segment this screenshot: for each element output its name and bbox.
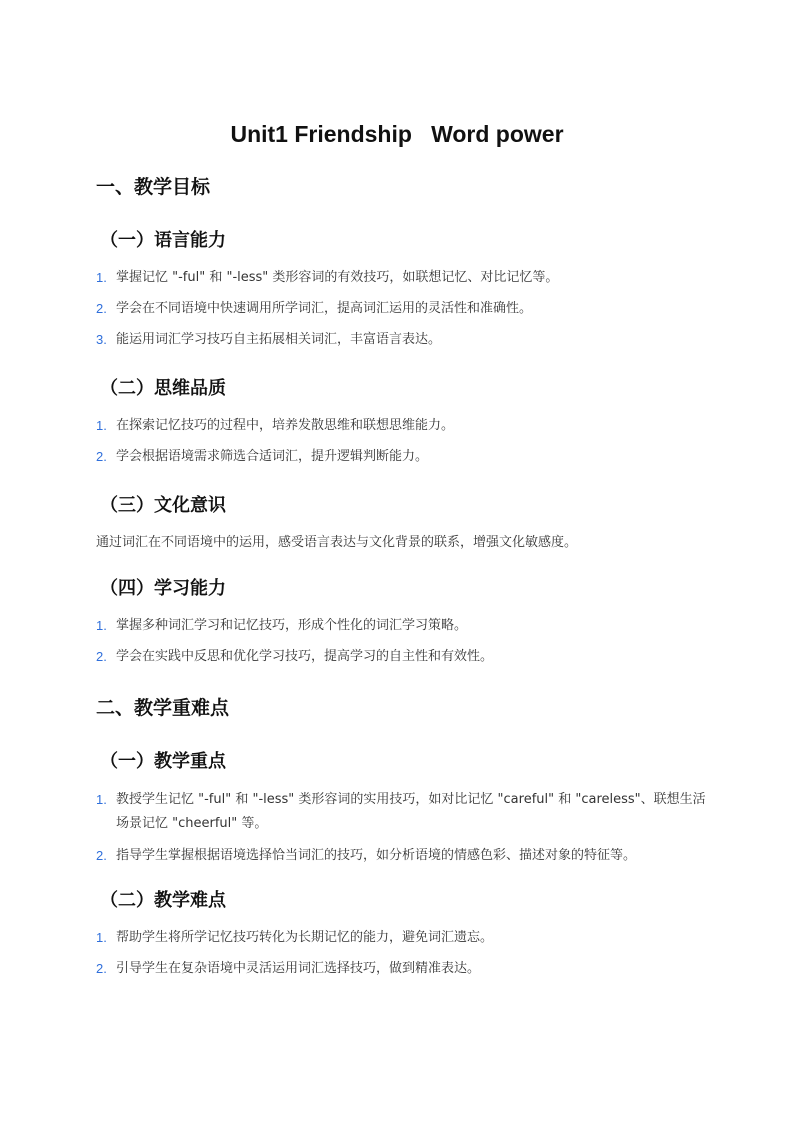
list-item: 1. 在探索记忆技巧的过程中，培养发散思维和联想思维能力。 [96,415,716,437]
list-number: 1. [96,927,107,949]
list-item: 2. 学会在实践中反思和优化学习技巧，提高学习的自主性和有效性。 [96,646,716,668]
list-number: 2. [96,298,107,320]
list-number: 1. [96,415,107,437]
subsection-heading-learning-ability: （四）学习能力 [100,577,226,601]
document-page: Unit1 Friendship Word power 一、教学目标 （一）语言… [0,0,794,1123]
list-number: 1. [96,267,107,289]
list-item-text: 学会根据语境需求筛选合适词汇，提升逻辑判断能力。 [116,449,428,464]
list-item-text: 掌握记忆 "-ful" 和 "-less" 类形容词的有效技巧，如联想记忆、对比… [116,270,558,285]
document-title: Unit1 Friendship Word power [0,121,794,148]
list-item-text: 掌握多种词汇学习和记忆技巧，形成个性化的词汇学习策略。 [116,618,467,633]
list-item-text: 学会在实践中反思和优化学习技巧，提高学习的自主性和有效性。 [116,649,493,664]
list-item: 1. 掌握多种词汇学习和记忆技巧，形成个性化的词汇学习策略。 [96,615,716,637]
list-number: 2. [96,958,107,980]
list-number: 2. [96,646,107,668]
subsection-heading-language-ability: （一）语言能力 [100,229,226,253]
subsection-heading-teaching-focus: （一）教学重点 [100,750,226,774]
section-heading-key-difficult-points: 二、教学重难点 [96,696,229,720]
list-item: 3. 能运用词汇学习技巧自主拓展相关词汇，丰富语言表达。 [96,329,716,351]
list-number: 1. [96,788,107,812]
language-ability-list: 1. 掌握记忆 "-ful" 和 "-less" 类形容词的有效技巧，如联想记忆… [96,267,716,360]
list-item: 1. 掌握记忆 "-ful" 和 "-less" 类形容词的有效技巧，如联想记忆… [96,267,716,289]
list-item-text: 在探索记忆技巧的过程中，培养发散思维和联想思维能力。 [116,418,454,433]
list-item: 2. 指导学生掌握根据语境选择恰当词汇的技巧，如分析语境的情感色彩、描述对象的特… [96,845,716,867]
list-item: 1. 教授学生记忆 "-ful" 和 "-less" 类形容词的实用技巧，如对比… [96,788,716,836]
subsection-heading-teaching-difficulty: （二）教学难点 [100,889,226,913]
cultural-awareness-paragraph: 通过词汇在不同语境中的运用，感受语言表达与文化背景的联系，增强文化敏感度。 [96,532,577,554]
list-item: 2. 引导学生在复杂语境中灵活运用词汇选择技巧，做到精准表达。 [96,958,716,980]
learning-ability-list: 1. 掌握多种词汇学习和记忆技巧，形成个性化的词汇学习策略。 2. 学会在实践中… [96,615,716,677]
list-item-text: 教授学生记忆 "-ful" 和 "-less" 类形容词的实用技巧，如对比记忆 … [116,792,706,831]
list-item: 2. 学会根据语境需求筛选合适词汇，提升逻辑判断能力。 [96,446,716,468]
teaching-difficulty-list: 1. 帮助学生将所学记忆技巧转化为长期记忆的能力，避免词汇遗忘。 2. 引导学生… [96,927,716,989]
list-number: 2. [96,446,107,468]
list-number: 3. [96,329,107,351]
list-item: 1. 帮助学生将所学记忆技巧转化为长期记忆的能力，避免词汇遗忘。 [96,927,716,949]
list-item-text: 帮助学生将所学记忆技巧转化为长期记忆的能力，避免词汇遗忘。 [116,930,493,945]
thinking-quality-list: 1. 在探索记忆技巧的过程中，培养发散思维和联想思维能力。 2. 学会根据语境需… [96,415,716,477]
list-number: 2. [96,845,107,867]
teaching-focus-list: 1. 教授学生记忆 "-ful" 和 "-less" 类形容词的实用技巧，如对比… [96,788,716,876]
list-item-text: 指导学生掌握根据语境选择恰当词汇的技巧，如分析语境的情感色彩、描述对象的特征等。 [116,848,636,863]
section-heading-teaching-objectives: 一、教学目标 [96,175,210,199]
list-item-text: 引导学生在复杂语境中灵活运用词汇选择技巧，做到精准表达。 [116,961,480,976]
list-item: 2. 学会在不同语境中快速调用所学词汇，提高词汇运用的灵活性和准确性。 [96,298,716,320]
subsection-heading-thinking-quality: （二）思维品质 [100,377,226,401]
list-item-text: 能运用词汇学习技巧自主拓展相关词汇，丰富语言表达。 [116,332,441,347]
list-item-text: 学会在不同语境中快速调用所学词汇，提高词汇运用的灵活性和准确性。 [116,301,532,316]
subsection-heading-cultural-awareness: （三）文化意识 [100,494,226,518]
list-number: 1. [96,615,107,637]
